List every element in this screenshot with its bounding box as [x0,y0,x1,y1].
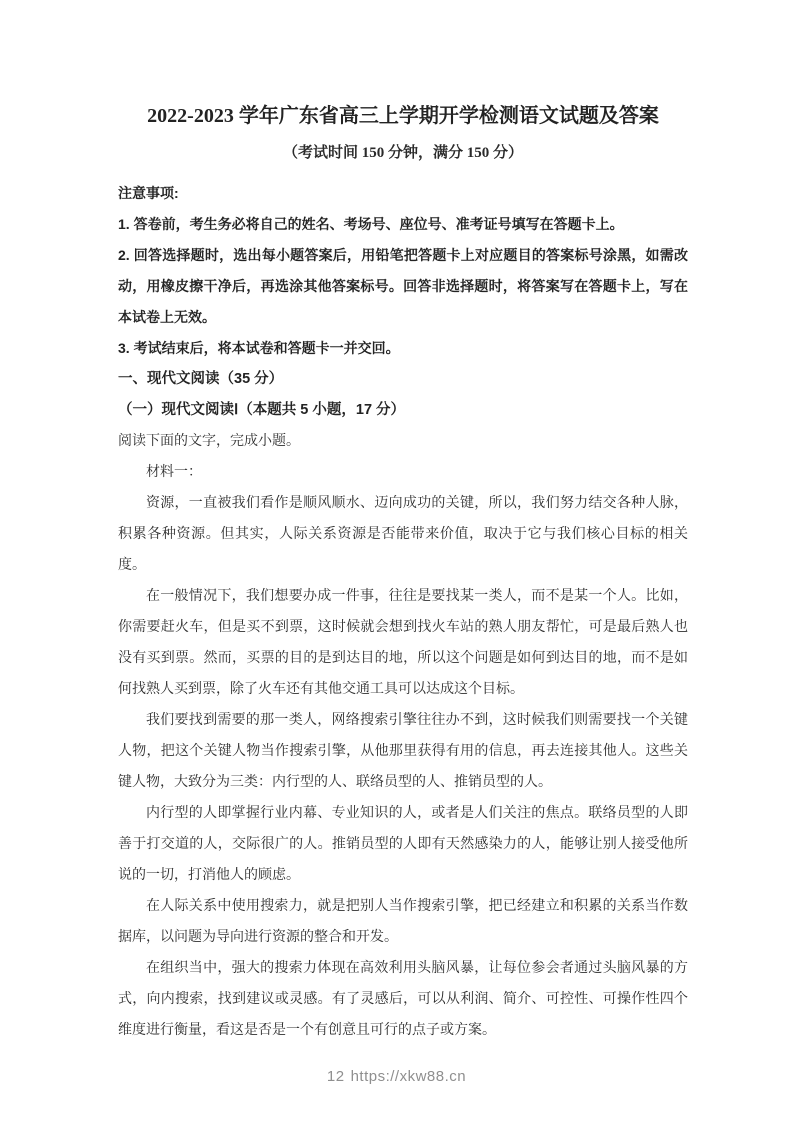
reading-instruction: 阅读下面的文字，完成小题。 [118,426,688,457]
footer-url: https://xkw88.cn [351,1068,467,1085]
body-paragraph-6: 在组织当中，强大的搜索力体现在高效利用头脑风暴，让每位参会者通过头脑风暴的方式，… [118,953,688,1046]
notice-item-2: 2. 回答选择题时，选出每小题答案后，用铅笔把答题卡上对应题目的答案标号涂黑，如… [118,240,688,333]
subsection-heading-reading-one: （一）现代文阅读Ⅰ（本题共 5 小题，17 分） [118,395,688,426]
body-paragraph-1: 资源，一直被我们看作是顺风顺水、迈向成功的关键，所以，我们努力结交各种人脉，积累… [118,488,688,581]
page-footer: 12https://xkw88.cn [0,1068,793,1085]
material-one-label: 材料一： [118,457,688,488]
notice-item-1: 1. 答卷前，考生务必将自己的姓名、考场号、座位号、准考证号填写在答题卡上。 [118,209,688,240]
body-paragraph-5: 在人际关系中使用搜索力，就是把别人当作搜索引擎，把已经建立和积累的关系当作数据库… [118,891,688,953]
page-number: 12 [327,1068,345,1085]
body-paragraph-2: 在一般情况下，我们想要办成一件事，往往是要找某一类人，而不是某一个人。比如，你需… [118,581,688,705]
document-page: 2022-2023 学年广东省高三上学期开学检测语文试题及答案 （考试时间 15… [0,0,793,1122]
document-content: 2022-2023 学年广东省高三上学期开学检测语文试题及答案 （考试时间 15… [118,100,688,1046]
body-paragraph-3: 我们要找到需要的那一类人，网络搜索引擎往往办不到，这时候我们则需要找一个关键人物… [118,705,688,798]
section-heading-modern-reading: 一、现代文阅读（35 分） [118,364,688,395]
exam-time-score-info: （考试时间 150 分钟，满分 150 分） [118,140,688,166]
body-paragraph-4: 内行型的人即掌握行业内幕、专业知识的人，或者是人们关注的焦点。联络员型的人即善于… [118,798,688,891]
notice-heading: 注意事项: [118,178,688,209]
notice-item-3: 3. 考试结束后，将本试卷和答题卡一并交回。 [118,333,688,364]
document-title: 2022-2023 学年广东省高三上学期开学检测语文试题及答案 [118,100,688,132]
